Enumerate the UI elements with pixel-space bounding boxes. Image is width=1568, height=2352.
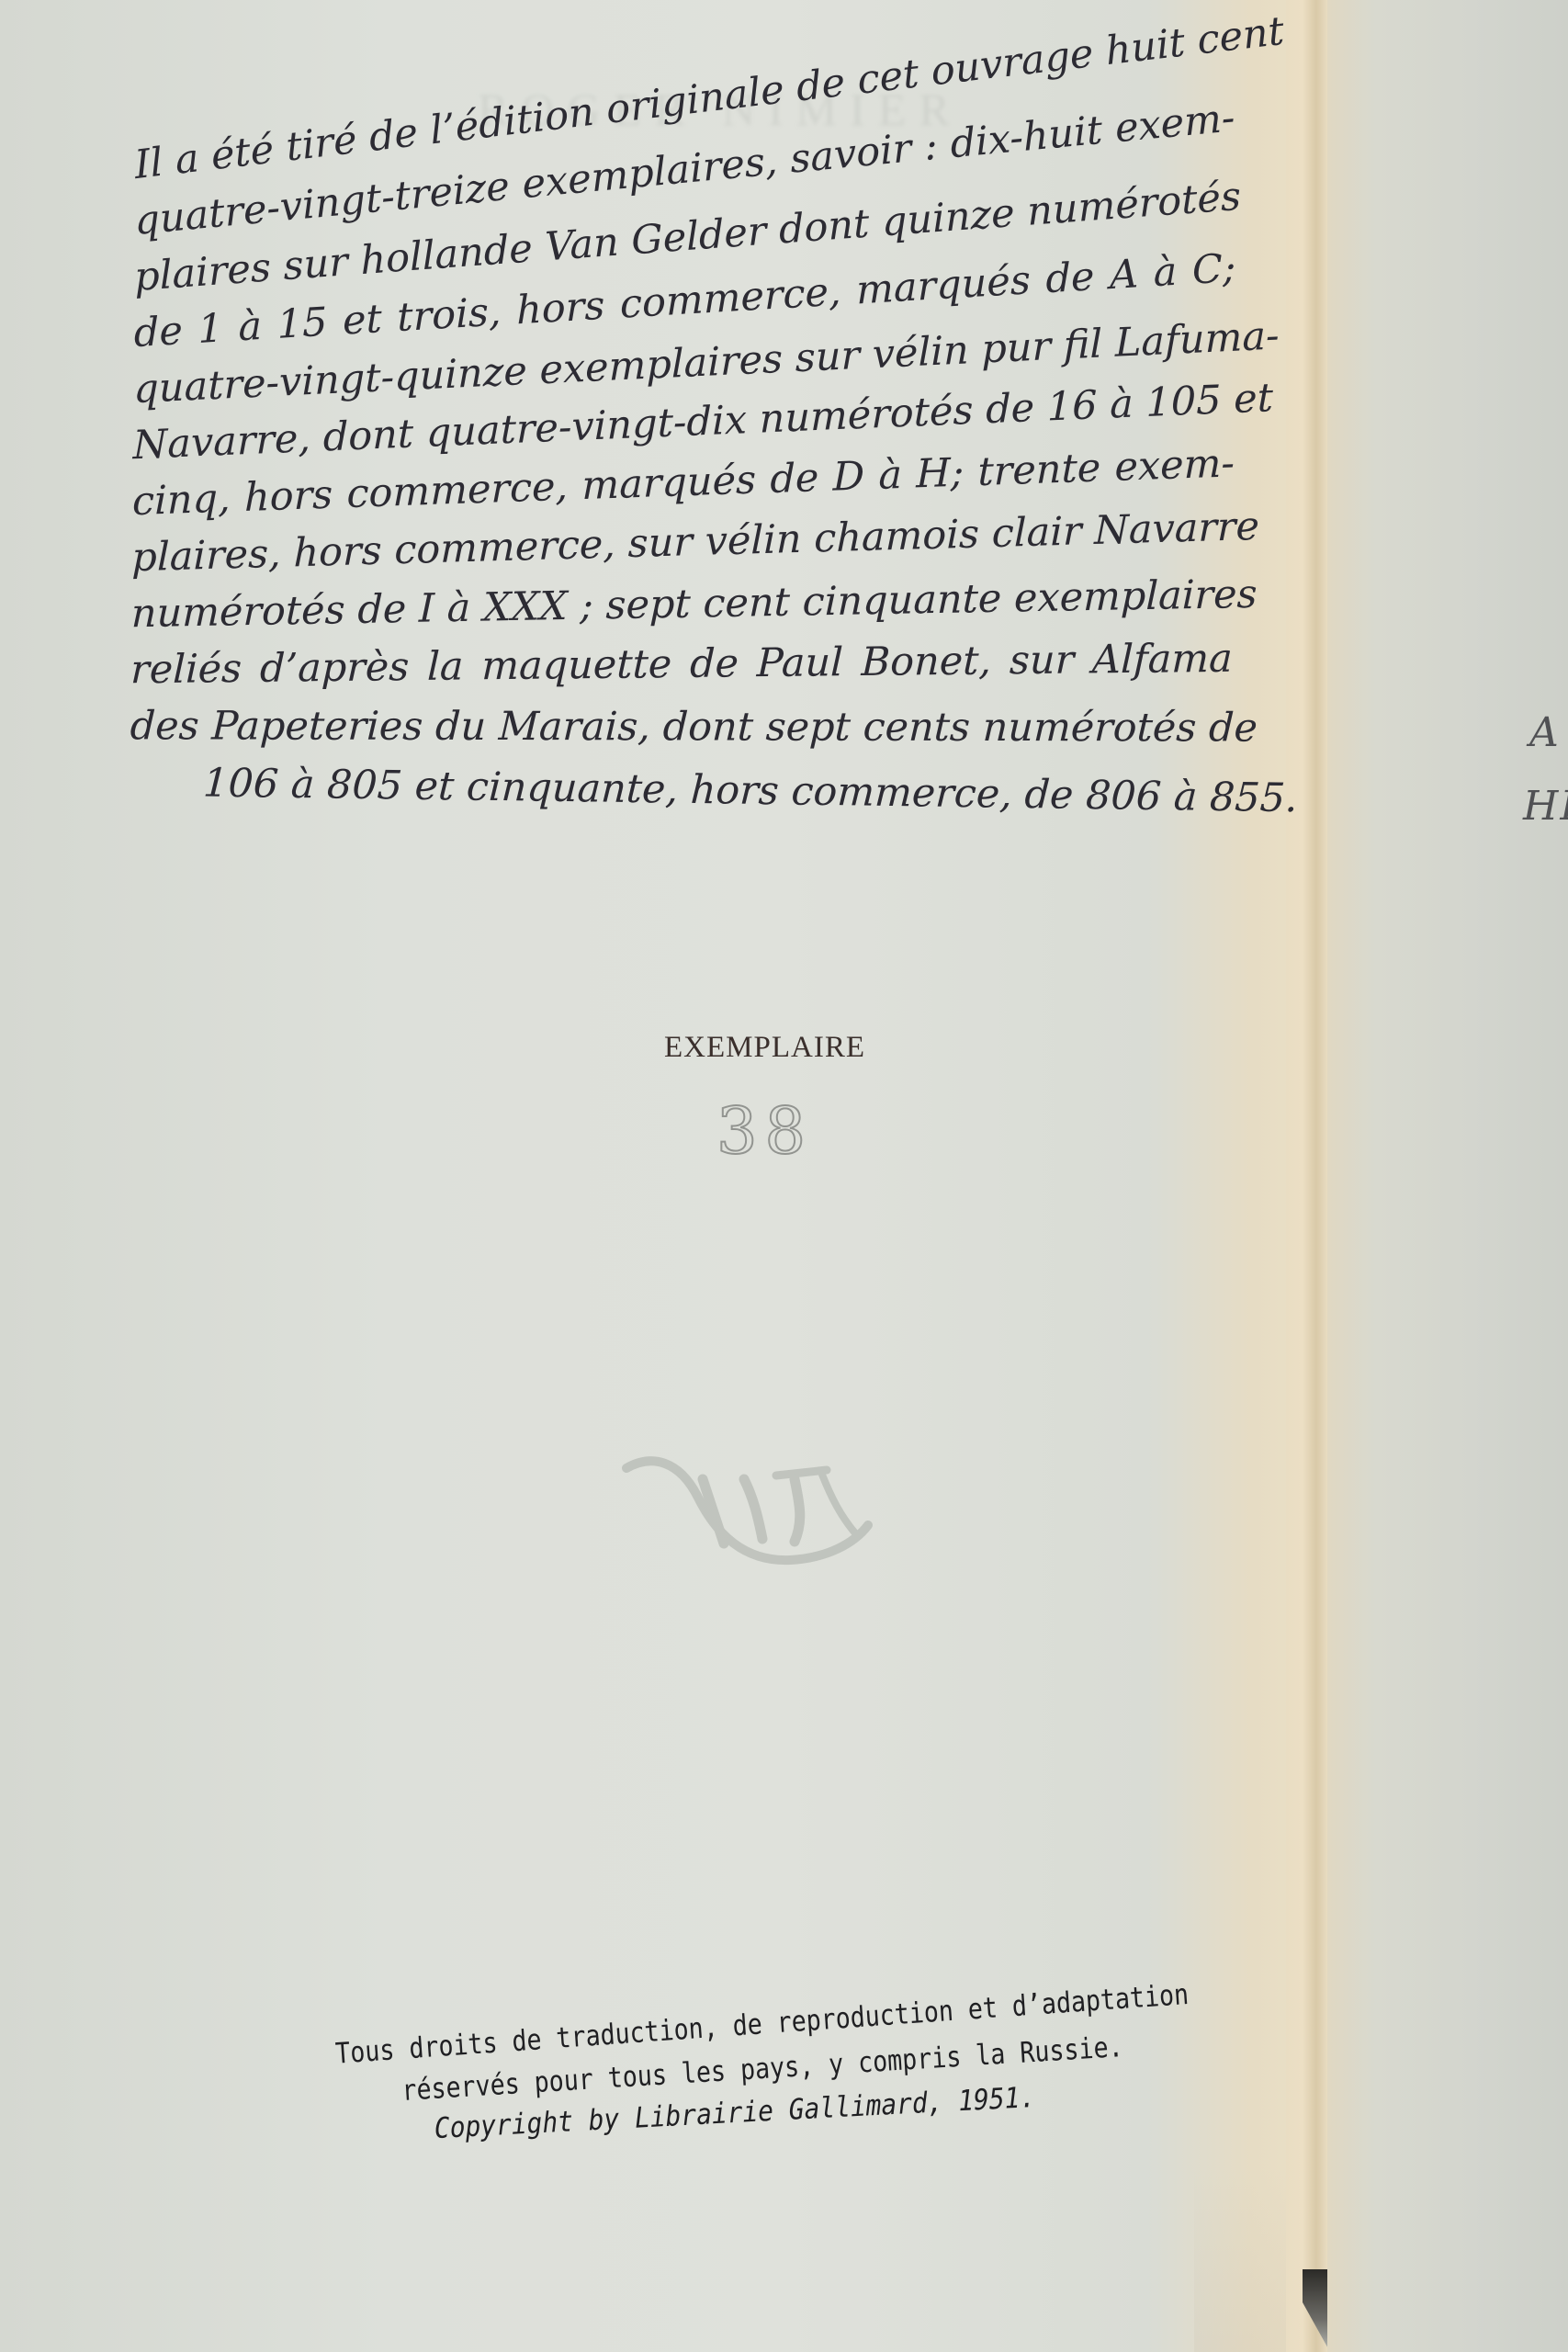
right-page xyxy=(1327,0,1568,2352)
justification-du-tirage: Il a été tiré de l’édition originale de … xyxy=(129,115,1240,811)
copy-number-stamp: 38 xyxy=(0,1093,1529,1169)
facing-page-text: HE xyxy=(1523,783,1568,830)
copyright-notice: Tous droits de traduction, de reproducti… xyxy=(266,2003,1240,2135)
facing-page-text: A xyxy=(1529,709,1561,756)
nrf-monogram-icon xyxy=(615,1442,882,1580)
justification-line: reliés d’après la maquette de Paul Bonet… xyxy=(130,631,1233,699)
open-book-photo: ROGER NIMIER A HE Il a été tiré de l’édi… xyxy=(0,0,1568,2352)
copy-label: EXEMPLAIRE xyxy=(0,1031,1529,1065)
justification-line: des Papeteries du Marais, dont sept cent… xyxy=(130,698,1233,756)
